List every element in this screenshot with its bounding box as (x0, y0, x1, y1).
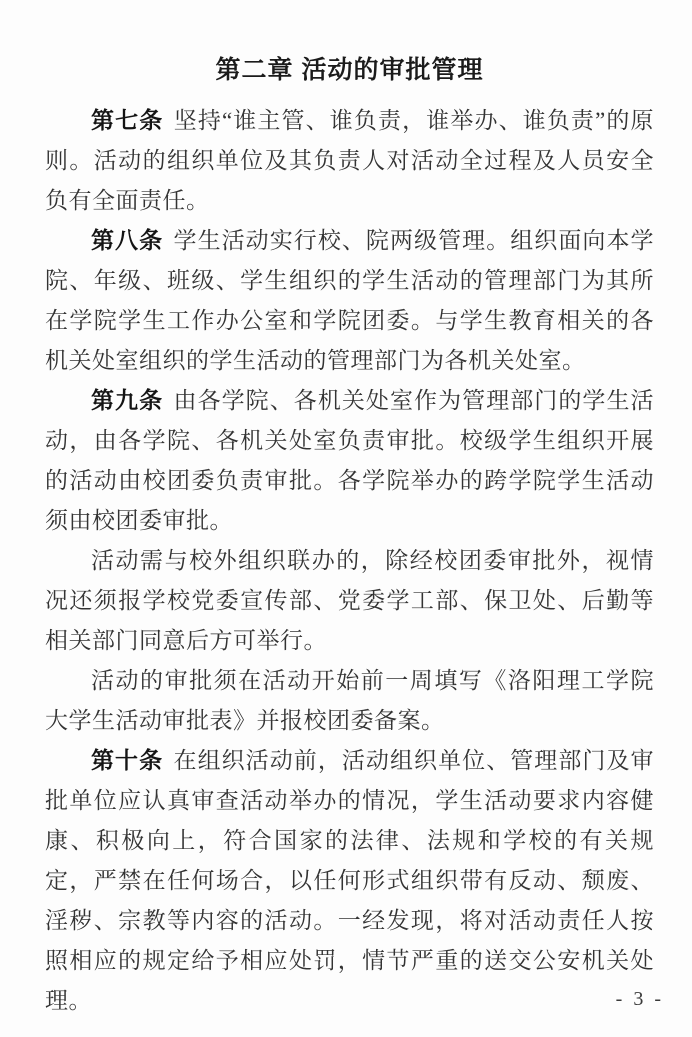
page-number: - 3 - (616, 988, 664, 1011)
document-page: 第二章 活动的审批管理 第七条坚持“谁主管、谁负责，谁举办、谁负责”的原则。活动… (0, 0, 692, 1037)
article-paragraph: 第八条学生活动实行校、院两级管理。组织面向本学院、年级、班级、学生组织的学生活动… (45, 221, 654, 381)
article-paragraph: 第七条坚持“谁主管、谁负责，谁举办、谁负责”的原则。活动的组织单位及其负责人对活… (45, 101, 654, 221)
article-number-label: 第十条 (91, 748, 163, 773)
article-paragraph: 第十条在组织活动前，活动组织单位、管理部门及审批单位应认真审查活动举办的情况，学… (45, 741, 654, 1021)
article-paragraph: 第九条由各学院、各机关处室作为管理部门的学生活动，由各学院、各机关处室负责审批。… (45, 381, 654, 541)
article-number-label: 第七条 (91, 108, 163, 133)
article-paragraph: 活动的审批须在活动开始前一周填写《洛阳理工学院大学生活动审批表》并报校团委备案。 (45, 661, 654, 741)
paragraph-text: 在组织活动前，活动组织单位、管理部门及审批单位应认真审查活动举办的情况，学生活动… (45, 748, 654, 1013)
article-number-label: 第九条 (91, 388, 163, 413)
article-paragraph: 活动需与校外组织联办的，除经校团委审批外，视情况还须报学校党委宣传部、党委学工部… (45, 541, 654, 661)
article-number-label: 第八条 (91, 228, 163, 253)
paragraph-text: 活动需与校外组织联办的，除经校团委审批外，视情况还须报学校党委宣传部、党委学工部… (45, 548, 654, 653)
paragraph-text: 活动的审批须在活动开始前一周填写《洛阳理工学院大学生活动审批表》并报校团委备案。 (45, 668, 654, 733)
chapter-title: 第二章 活动的审批管理 (45, 52, 654, 88)
